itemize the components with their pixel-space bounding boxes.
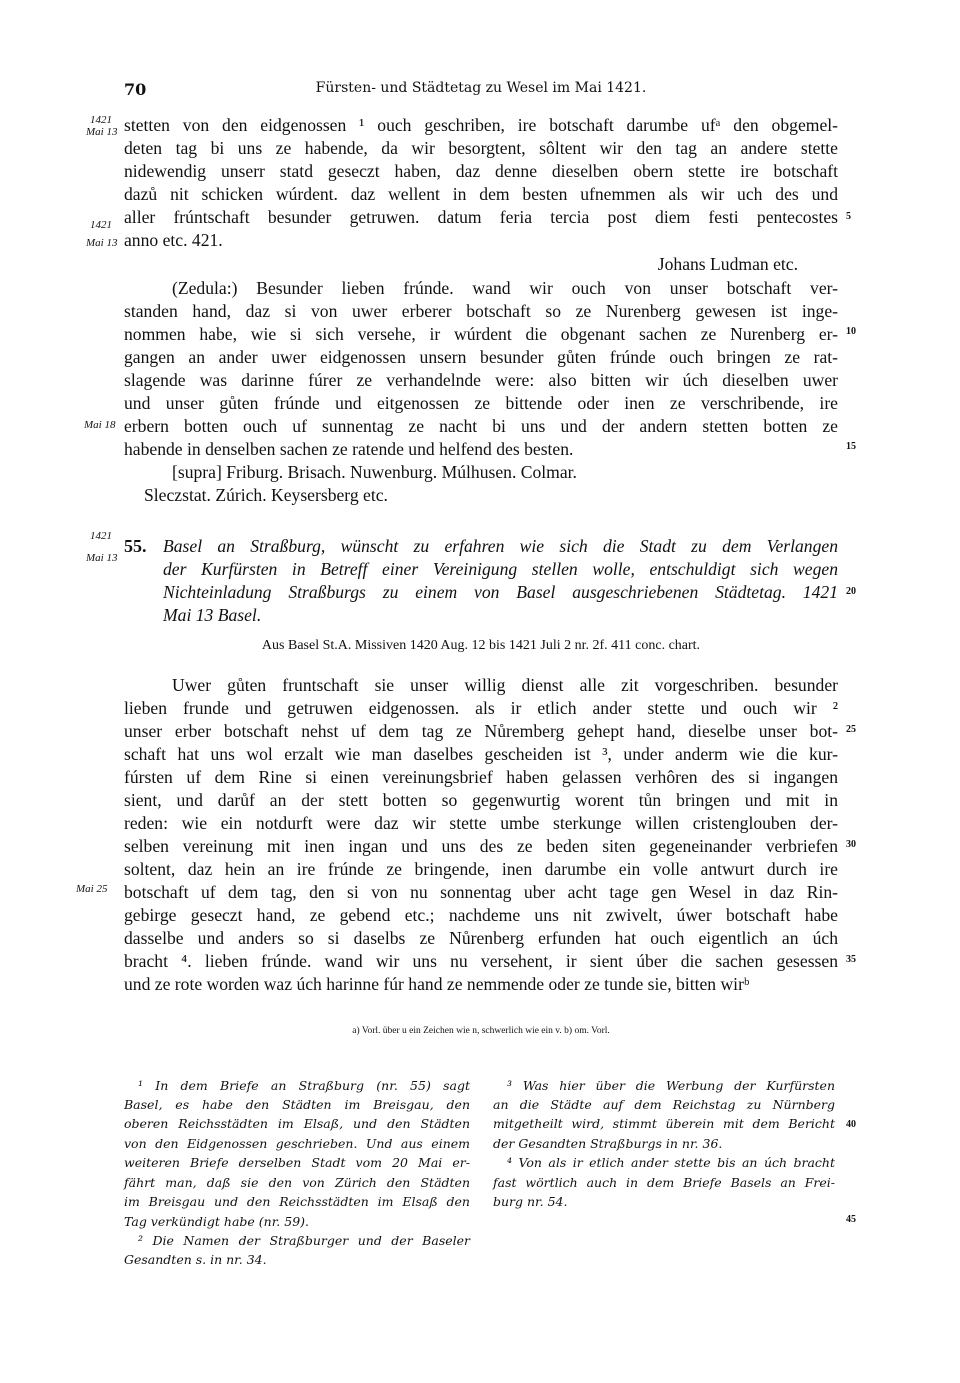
text-line: reden: wie ein notdurft were daz wir ste… (124, 812, 838, 835)
text-line: slagende was darinne fúrer ze verhandeln… (124, 369, 838, 392)
footnote-line: an die Städte auf dem Reichstag zu Nürnb… (493, 1095, 835, 1115)
recipients-line: [supra] Friburg. Brisach. Nuwenburg. Múl… (172, 461, 577, 484)
text-line: und ze rote worden waz úch harinne fúr h… (124, 973, 838, 996)
text-line: botschaft uf dem tag, den si von nu sonn… (124, 881, 838, 904)
line-number: 10 (846, 326, 856, 337)
regest-line: Basel an Straßburg, wünscht zu erfahren … (163, 535, 838, 558)
margin-date: Mai 13 (86, 237, 117, 249)
text-line: dazů nit schicken wúrdent. daz wellent i… (124, 183, 838, 206)
margin-date: Mai 25 (76, 883, 107, 895)
footnote-line: im Breisgau und den Reichsstädten im Els… (124, 1192, 470, 1212)
text-line: und unser gůten frúnde und eitgenossen z… (124, 392, 838, 415)
document-page: 70 Fürsten- und Städtetag zu Wesel im Ma… (0, 0, 960, 1383)
text-line: aller frúntschaft besunder getruwen. dat… (124, 206, 838, 229)
text-line: standen hand, daz si von uwer erberer bo… (124, 300, 838, 323)
line-number: 20 (846, 586, 856, 597)
footnote-line: Tag verkündigt habe (nr. 59). (124, 1212, 470, 1232)
margin-date: Mai 18 (84, 419, 115, 431)
text-line: Uwer gůten fruntschaft sie unser willig … (124, 674, 838, 697)
margin-date: 1421 (90, 114, 112, 126)
footnote-line: Gesandten s. in nr. 34. (124, 1250, 470, 1270)
text-line: anno etc. 421. (124, 229, 838, 252)
text-line: lieben frunde und getruwen eidgenossen. … (124, 697, 838, 720)
regest-line: Nichteinladung Straßburgs zu einem von B… (163, 581, 838, 604)
text-line: nommen habe, wie si sich versehe, ir wúr… (124, 323, 838, 346)
footnote-line: Basel, es habe den Städten im Breisgau, … (124, 1095, 470, 1115)
footnote-line: ¹ In dem Briefe an Straßburg (nr. 55) sa… (124, 1076, 470, 1096)
footnote-line: von den Eidgenossen geschrieben. Und aus… (124, 1134, 470, 1154)
footnote-line: ⁴ Von als ir etlich ander stette bis an … (493, 1153, 835, 1173)
text-line: schaft hat uns wol erzalt wie man daselb… (124, 743, 838, 766)
textual-notes: a) Vorl. über u ein Zeichen wie n, schwe… (124, 1026, 838, 1036)
text-line: nidewendig unserr statd geseczt haben, d… (124, 160, 838, 183)
recipients-line: Sleczstat. Zúrich. Keysersberg etc. (144, 484, 388, 507)
text-line: (Zedula:) Besunder lieben frúnde. wand w… (124, 277, 838, 300)
text-line: habende in denselben sachen ze ratende u… (124, 438, 838, 461)
text-line: stetten von den eidgenossen ¹ ouch gesch… (124, 114, 838, 137)
footnote-line: ² Die Namen der Straßburger und der Base… (124, 1231, 470, 1251)
footnote-line: mitgetheilt wird, stimmt überein mit dem… (493, 1114, 835, 1134)
line-number: 25 (846, 724, 856, 735)
text-line: unser erber botschaft nehst uf dem tag z… (124, 720, 838, 743)
margin-date: 1421 (90, 219, 112, 231)
text-line: soltent, daz hein an ire frúnde ze bring… (124, 858, 838, 881)
text-line: selben vereinung mit inen ingan und uns … (124, 835, 838, 858)
line-number: 15 (846, 441, 856, 452)
footnote-line: fährt man, daß sie den von Zürich den St… (124, 1173, 470, 1193)
text-line: fúrsten uf dem Rine si einen vereinungsb… (124, 766, 838, 789)
line-number: 45 (846, 1214, 856, 1225)
signature: Johans Ludman etc. (124, 254, 798, 275)
line-number: 40 (846, 1119, 856, 1130)
regest-line: Mai 13 Basel. (163, 604, 838, 627)
regest-line: der Kurfürsten in Betreff einer Vereinig… (163, 558, 838, 581)
text-line: deten tag bi uns ze habende, da wir beso… (124, 137, 838, 160)
footnote-line: weiteren Briefe derselben Stadt vom 20 M… (124, 1153, 470, 1173)
line-number: 35 (846, 954, 856, 965)
line-number: 30 (846, 839, 856, 850)
margin-date: 1421 (90, 530, 112, 542)
footnote-line: der Gesandten Straßburgs in nr. 36. (493, 1134, 835, 1154)
page-header: 70 Fürsten- und Städtetag zu Wesel im Ma… (124, 80, 838, 100)
footnote-line: ³ Was hier über die Werbung der Kurfürst… (493, 1076, 835, 1096)
running-title: Fürsten- und Städtetag zu Wesel im Mai 1… (124, 80, 838, 96)
text-line: gebirge geseczt hand, ze gebend etc.; na… (124, 904, 838, 927)
text-line: gangen an ander uwer eidgenossen unsern … (124, 346, 838, 369)
footnote-line: fast wörtlich auch in dem Briefe Basels … (493, 1173, 835, 1193)
margin-date: Mai 13 (86, 126, 117, 138)
line-number: 5 (846, 211, 851, 222)
text-line: erbern botten ouch uf sunnentag ze nacht… (124, 415, 838, 438)
source-citation: Aus Basel St.A. Missiven 1420 Aug. 12 bi… (124, 638, 838, 654)
document-number: 55. (124, 536, 147, 557)
footnote-line: oberen Reichsstädten im Elsaß, und den S… (124, 1114, 470, 1134)
text-line: sient, und darůf an der stett botten so … (124, 789, 838, 812)
text-line: bracht ⁴. lieben frúnde. wand wir uns nu… (124, 950, 838, 973)
text-line: dasselbe und anders so si daselbs ze Nůr… (124, 927, 838, 950)
margin-date: Mai 13 (86, 552, 117, 564)
footnote-line: burg nr. 54. (493, 1192, 835, 1212)
